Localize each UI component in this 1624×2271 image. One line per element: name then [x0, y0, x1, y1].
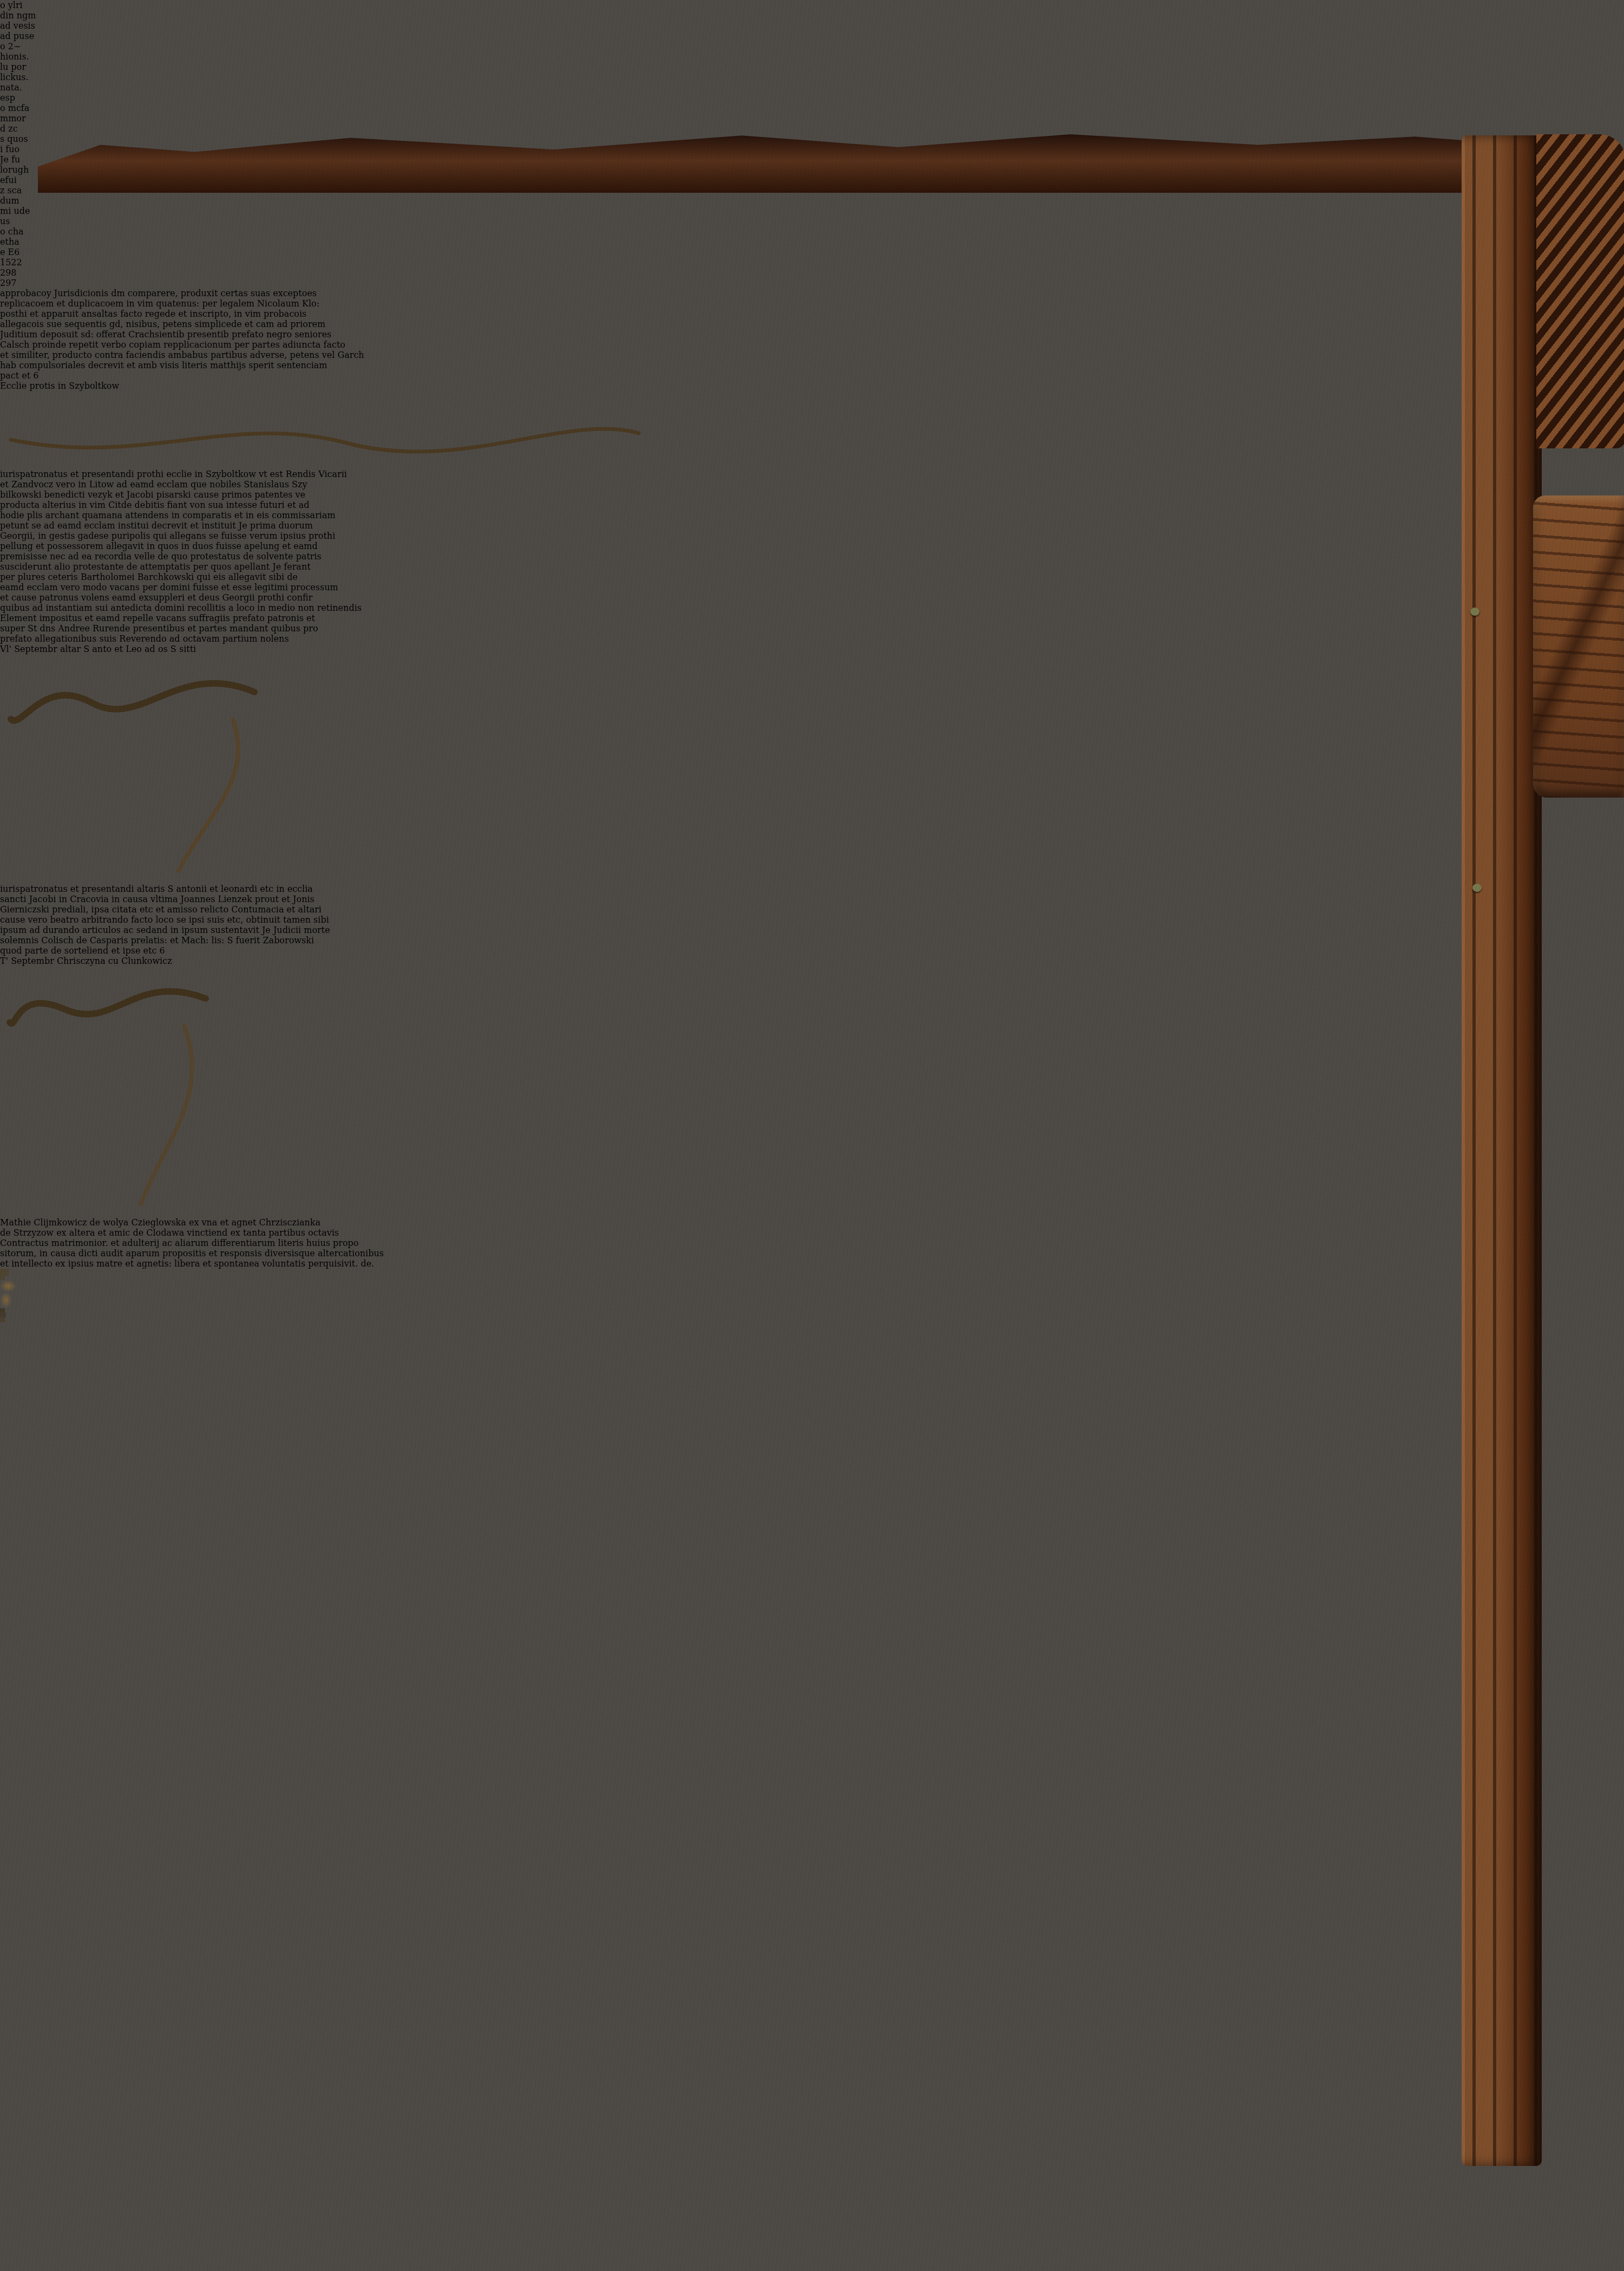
heading-flourish: [0, 391, 650, 467]
text-line: petunt se ad eamd ecclam institui decrev…: [0, 520, 1624, 531]
facing-page-text-fragment: din ngm: [0, 10, 1624, 21]
facing-page-text-fragment: us: [0, 216, 1624, 226]
facing-page-edge: o ylridin ngmad vesisad puseo 2~hionis.l…: [0, 0, 1624, 257]
text-line: per plures ceteris Bartholomei Barchkows…: [0, 572, 1624, 582]
text-line: approbacoy Jurisdicionis dm comparere, p…: [0, 288, 1624, 298]
facing-page-text-fragment: d zc: [0, 123, 1624, 134]
text-line: susciderunt alio protestante de attempta…: [0, 562, 1624, 572]
facing-page-text-fragment: o ylri: [0, 0, 1624, 10]
text-line: ipsum ad durando articulos ac sedand in …: [0, 925, 1624, 935]
facing-page-text-fragment: etha: [0, 237, 1624, 247]
text-line: posthi et apparuit ansaltas facto regede…: [0, 309, 1624, 319]
facing-page-text-fragment: mi ude: [0, 206, 1624, 216]
text-line: Georgii, in gestis gadese puripolis qui …: [0, 531, 1624, 541]
text-line: bilkowski benedicti vezyk et Jacobi pisa…: [0, 490, 1624, 500]
text-line: cause vero beatro arbitrando facto loco …: [0, 915, 1624, 925]
heading-flourish: [0, 654, 271, 882]
text-line: replicacoem et duplicacoem in vim quaten…: [0, 298, 1624, 309]
facing-page-text-fragment: o mcfa: [0, 103, 1624, 113]
text-line: hodie plis archant quamana attendens in …: [0, 510, 1624, 520]
clasp-strap-upper: [1533, 495, 1624, 798]
text-line: super St dns Andree Rurende presentibus …: [0, 623, 1624, 634]
text-line: sancti Jacobi in Cracovia in causa vltim…: [0, 894, 1624, 904]
section-heading-1: Ecclie protis in Szyboltkow: [0, 381, 1624, 391]
facing-page-text-fragment: esp: [0, 93, 1624, 103]
text-line: hab compulsoriales decrevit et amb visis…: [0, 360, 1624, 370]
text-line: sitorum, in causa dicti audit aparum pro…: [0, 1248, 1624, 1258]
text-line: producta alterius in vim Citde debitis f…: [0, 500, 1624, 510]
facing-page-text-fragment: lu por: [0, 62, 1624, 72]
text-line: Element impositus et eamd repelle vacans…: [0, 613, 1624, 623]
text-line: et intellecto ex ipsius matre et agnetis…: [0, 1258, 1624, 1269]
text-line: iurispatronatus et presentandi prothi ec…: [0, 469, 1624, 479]
year-mark: 1522: [0, 257, 1624, 267]
text-line: Gierniczski prediali, ipsa citata etc et…: [0, 904, 1624, 915]
text-line: Mathie Clijmkowicz de wolya Czieglowska …: [0, 1217, 1624, 1228]
section-heading-3: T' Septembr Chrisczyna cu Clunkowicz: [0, 956, 1624, 966]
ink-speck: [0, 1317, 5, 1322]
ink-speck: [0, 1313, 6, 1317]
facing-page-text-fragment: ad puse: [0, 31, 1624, 41]
facing-page-text-fragment: hionis.: [0, 51, 1624, 62]
binding-nail: [1470, 608, 1479, 616]
text-line: Calsch proinde repetit verbo copiam repp…: [0, 340, 1624, 350]
carved-leather-corner-top: [1536, 134, 1624, 448]
clasp-strap-lower: [1532, 1374, 1624, 1635]
text-line: quod parte de sorteliend et ipse etc 6: [0, 945, 1624, 956]
section-body-1: iurispatronatus et presentandi prothi ec…: [0, 469, 1624, 644]
text-line: Contractus matrimonior. et adulterij ac …: [0, 1238, 1624, 1248]
text-line: quibus ad instantiam sui antedicta domin…: [0, 603, 1624, 613]
text-line: pellung et possessorem allegavit in quos…: [0, 541, 1624, 551]
text-line: premisisse nec ad ea recordia velle de q…: [0, 551, 1624, 562]
text-line: iurispatronatus et presentandi altaris S…: [0, 884, 1624, 894]
text-line: Juditium deposuit sd: offerat Crachsient…: [0, 329, 1624, 340]
folio-number-pencil: 298: [0, 267, 1624, 278]
facing-page-text-fragment: dum: [0, 195, 1624, 206]
manuscript-photo: o ylridin ngmad vesisad puseo 2~hionis.l…: [0, 0, 1624, 2271]
text-line: solemnis Colisch de Casparis prelatis: e…: [0, 935, 1624, 945]
facing-page-text-fragment: o 2~: [0, 41, 1624, 51]
folio-number-ink: 297: [0, 278, 1624, 288]
text-line: et Zandvocz vero in Litow ad eamd ecclam…: [0, 479, 1624, 490]
facing-page-text-fragment: ad vesis: [0, 21, 1624, 31]
binding-nail: [1472, 884, 1482, 892]
text-line: allegacois sue sequentis gd, nisibus, pe…: [0, 319, 1624, 329]
section-body-3: Mathie Clijmkowicz de wolya Czieglowska …: [0, 1217, 1624, 1269]
text-line: et cause patronus volens eamd exsuppleri…: [0, 592, 1624, 603]
text-line: eamd ecclam vero modo vacans per domini …: [0, 582, 1624, 592]
section-heading-2: Vl' Septembr altar S anto et Leo ad os S…: [0, 644, 1624, 654]
heading-flourish: [0, 966, 227, 1215]
amber-stain: [0, 1280, 16, 1292]
manuscript-page: 1522 298 297 approbacoy Jurisdicionis dm…: [0, 257, 1624, 1322]
facing-page-text-fragment: nata.: [0, 82, 1624, 93]
facing-page-text-fragment: o cha: [0, 226, 1624, 237]
ink-speck: [0, 1269, 9, 1276]
facing-page-text-fragment: mmor: [0, 113, 1624, 123]
text-line: et similiter, producto contra faciendis …: [0, 350, 1624, 360]
facing-page-text-fragment: lickus.: [0, 72, 1624, 82]
leather-board-right: [1462, 135, 1542, 2166]
amber-stain: [0, 1292, 12, 1308]
section-body-2: iurispatronatus et presentandi altaris S…: [0, 884, 1624, 956]
text-line: pact et 6: [0, 370, 1624, 381]
paragraph-continuation: approbacoy Jurisdicionis dm comparere, p…: [0, 288, 1624, 381]
ink-speck: [0, 1276, 5, 1280]
text-line: de Strzyzow ex altera et amic de Clodawa…: [0, 1228, 1624, 1238]
ink-speck: [0, 1308, 5, 1313]
facing-page-text-fragment: e E6: [0, 247, 1624, 257]
text-line: prefato allegationibus suis Reverendo ad…: [0, 634, 1624, 644]
